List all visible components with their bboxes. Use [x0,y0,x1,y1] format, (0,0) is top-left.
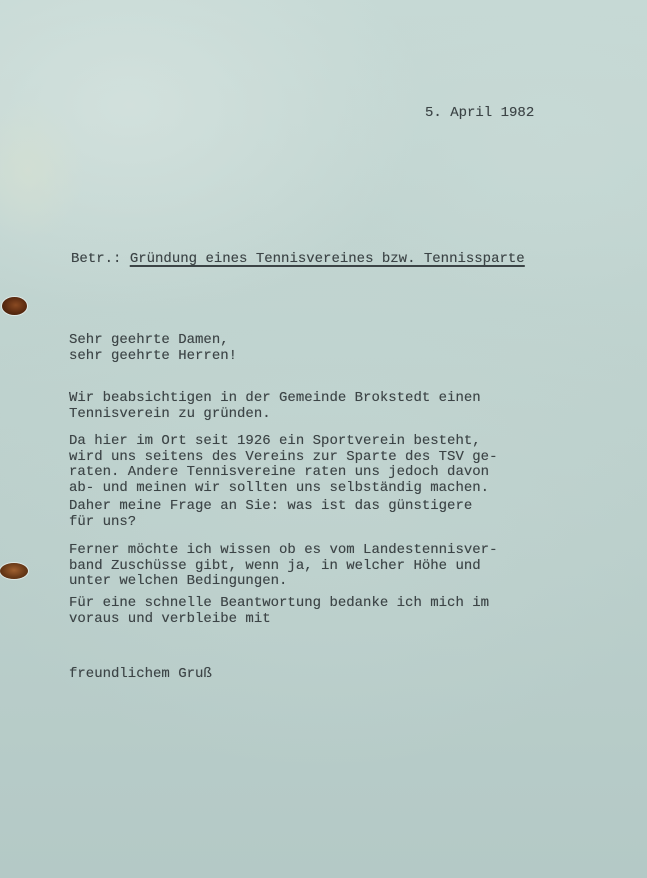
paragraph-line: ab- und meinen wir sollten uns selbständ… [69,481,497,497]
punch-hole-top [2,297,27,315]
paragraph-line: voraus und verbleibe mit [69,612,489,628]
paper-stain [0,60,140,260]
paragraph-line: raten. Andere Tennisvereine raten uns je… [69,465,497,481]
paragraph-thanks: Für eine schnelle Beantwortung bedanke i… [69,596,489,627]
salutation-line: Sehr geehrte Damen, [69,333,237,349]
paragraph-line: unter welchen Bedingungen. [69,574,497,590]
closing-line: freundlichem Gruß [69,667,212,683]
paragraph-line: Für eine schnelle Beantwortung bedanke i… [69,596,489,612]
paragraph-line: band Zuschüsse gibt, wenn ja, in welcher… [69,559,497,575]
paragraph-subsidies: Ferner möchte ich wissen ob es vom Lande… [69,543,497,590]
paragraph-line: Wir beabsichtigen in der Gemeinde Brokst… [69,391,481,407]
closing: freundlichem Gruß [69,667,212,683]
paragraph-line: Da hier im Ort seit 1926 ein Sportverein… [69,434,497,450]
subject-label: Betr.: [71,251,121,267]
salutation: Sehr geehrte Damen, sehr geehrte Herren! [69,333,237,364]
punch-hole-bottom [0,563,28,579]
paragraph-line: Tennisverein zu gründen. [69,407,481,423]
paragraph-line: Daher meine Frage an Sie: was ist das gü… [69,499,472,515]
paragraph-line: Ferner möchte ich wissen ob es vom Lande… [69,543,497,559]
paragraph-background: Da hier im Ort seit 1926 ein Sportverein… [69,434,497,496]
letter-date: 5. April 1982 [425,105,534,121]
salutation-line: sehr geehrte Herren! [69,349,237,365]
paragraph-question: Daher meine Frage an Sie: was ist das gü… [69,499,472,530]
subject-line: Betr.: Gründung eines Tennisvereines bzw… [71,251,525,267]
paragraph-line: für uns? [69,515,472,531]
paragraph-line: wird uns seitens des Vereins zur Sparte … [69,450,497,466]
subject-text: Gründung eines Tennisvereines bzw. Tenni… [130,251,525,267]
paragraph-intent: Wir beabsichtigen in der Gemeinde Brokst… [69,391,481,422]
